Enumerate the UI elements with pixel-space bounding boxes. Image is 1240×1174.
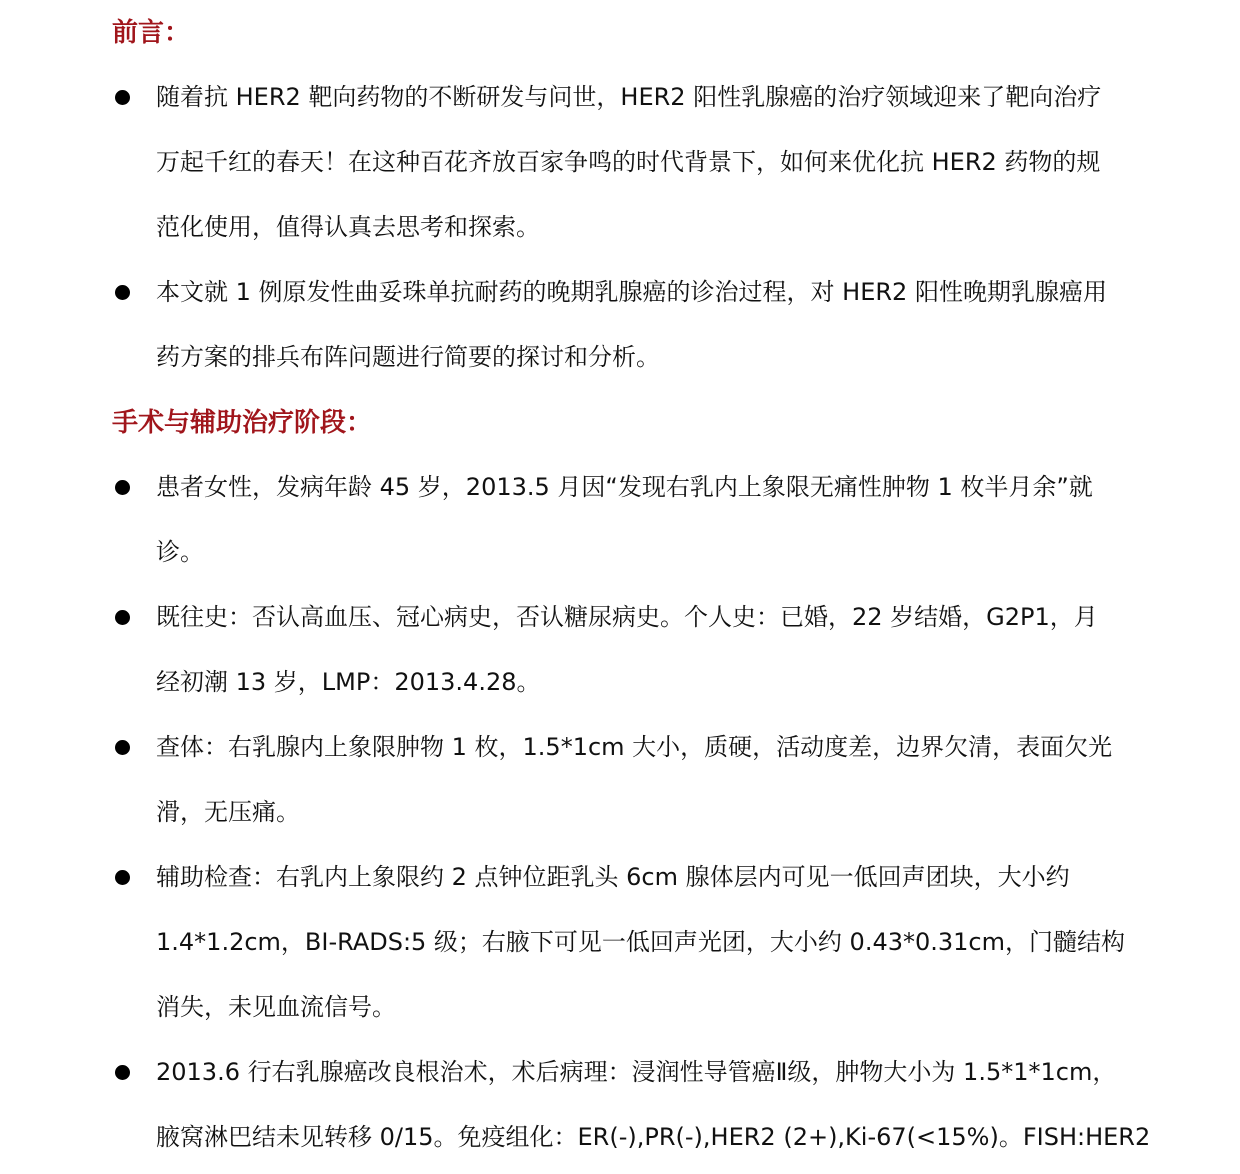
text-line: 滑，无压痛。 [156, 780, 1128, 845]
bullet-icon [115, 870, 130, 885]
list-item-text: 患者女性，发病年龄 45 岁，2013.5 月因“发现右乳内上象限无痛性肿物 1… [156, 455, 1128, 585]
text-line: 范化使用，值得认真去思考和探索。 [156, 195, 1128, 260]
list-item-text: 2013.6 行右乳腺癌改良根治术，术后病理：浸润性导管癌Ⅱ级，肿物大小为 1.… [156, 1040, 1128, 1170]
text-line: 万起千红的春天！在这种百花齐放百家争鸣的时代背景下，如何来优化抗 HER2 药物… [156, 130, 1128, 195]
bullet-icon [115, 285, 130, 300]
list-item-text: 既往史：否认高血压、冠心病史，否认糖尿病史。个人史：已婚，22 岁结婚，G2P1… [156, 585, 1128, 715]
text-line: 辅助检查：右乳内上象限约 2 点钟位距乳头 6cm 腺体层内可见一低回声团块，大… [156, 845, 1128, 910]
bullet-icon [115, 1065, 130, 1080]
bullet-icon [115, 740, 130, 755]
text-line: 本文就 1 例原发性曲妥珠单抗耐药的晚期乳腺癌的诊治过程，对 HER2 阳性晚期… [156, 260, 1128, 325]
text-line: 2013.6 行右乳腺癌改良根治术，术后病理：浸润性导管癌Ⅱ级，肿物大小为 1.… [156, 1040, 1128, 1105]
bullet-icon [115, 480, 130, 495]
bullet-icon [115, 610, 130, 625]
text-line: 经初潮 13 岁，LMP：2013.4.28。 [156, 650, 1128, 715]
text-line: 既往史：否认高血压、冠心病史，否认糖尿病史。个人史：已婚，22 岁结婚，G2P1… [156, 585, 1128, 650]
text-line: 消失，未见血流信号。 [156, 975, 1128, 1040]
list-item-text: 查体：右乳腺内上象限肿物 1 枚，1.5*1cm 大小，质硬，活动度差，边界欠清… [156, 715, 1128, 845]
section-heading-preface: 前言： [112, 18, 190, 48]
list-item-text: 辅助检查：右乳内上象限约 2 点钟位距乳头 6cm 腺体层内可见一低回声团块，大… [156, 845, 1128, 1040]
text-line: 药方案的排兵布阵问题进行简要的探讨和分析。 [156, 325, 1128, 390]
list-item-text: 随着抗 HER2 靶向药物的不断研发与问世，HER2 阳性乳腺癌的治疗领域迎来了… [156, 65, 1128, 260]
text-line: 1.4*1.2cm，BI-RADS:5 级；右腋下可见一低回声光团，大小约 0.… [156, 910, 1128, 975]
section-heading-surgery-adjuvant: 手术与辅助治疗阶段： [112, 408, 372, 438]
bullet-icon [115, 90, 130, 105]
text-line: 患者女性，发病年龄 45 岁，2013.5 月因“发现右乳内上象限无痛性肿物 1… [156, 455, 1128, 520]
text-line: 随着抗 HER2 靶向药物的不断研发与问世，HER2 阳性乳腺癌的治疗领域迎来了… [156, 65, 1128, 130]
text-line: 腋窝淋巴结未见转移 0/15。免疫组化：ER(-),PR(-),HER2 (2+… [156, 1105, 1128, 1170]
text-line: 查体：右乳腺内上象限肿物 1 枚，1.5*1cm 大小，质硬，活动度差，边界欠清… [156, 715, 1128, 780]
list-item-text: 本文就 1 例原发性曲妥珠单抗耐药的晚期乳腺癌的诊治过程，对 HER2 阳性晚期… [156, 260, 1128, 390]
text-line: 诊。 [156, 520, 1128, 585]
